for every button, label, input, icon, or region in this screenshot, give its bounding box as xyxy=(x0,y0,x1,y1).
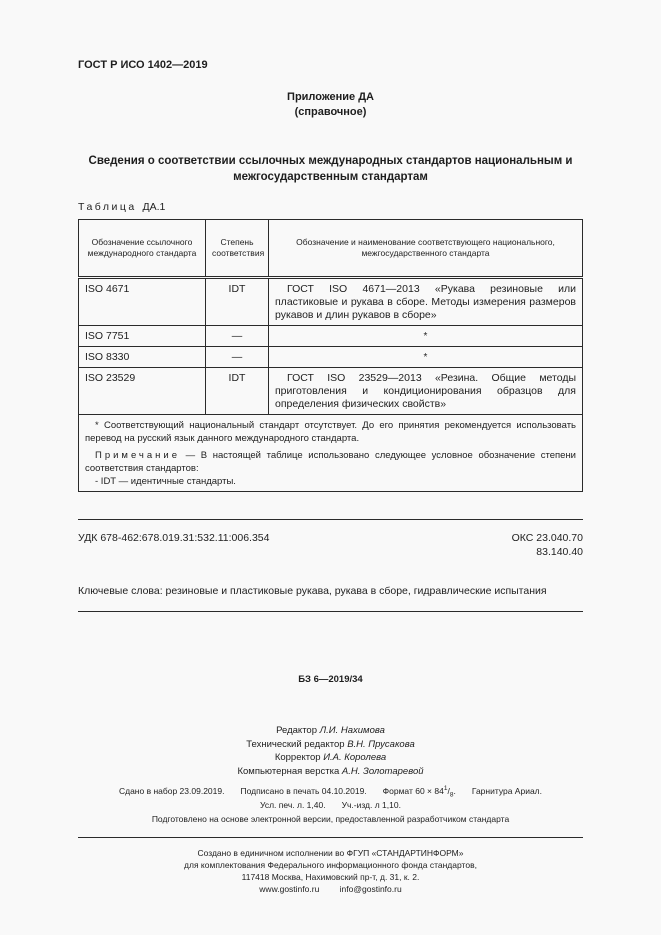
imprint-line-3: Подготовлено на основе электронной верси… xyxy=(78,813,583,825)
table-caption-word: Таблица xyxy=(78,201,137,213)
credit-line: Корректор И.А. Королева xyxy=(78,751,583,765)
appendix-subtitle: (справочное) xyxy=(78,105,583,120)
standards-correspondence-table: Обозначение ссылочного международного ст… xyxy=(78,219,583,492)
imprint-publisher-sheets: Уч.-изд. л 1,10. xyxy=(342,799,401,811)
imprint-print-date: Подписано в печать 04.10.2019. xyxy=(240,785,366,797)
column-header-degree: Степень соответствия xyxy=(206,220,269,278)
table-row: ISO 23529 IDT ГОСТ ISO 23529—2013 «Резин… xyxy=(79,368,583,415)
cell-national-standard: ГОСТ ISO 4671—2013 «Рукава резиновые или… xyxy=(269,278,583,326)
publisher-address: 117418 Москва, Нахимовский пр-т, д. 31, … xyxy=(78,871,583,883)
editorial-credits: Редактор Л.И. Нахимова Технический редак… xyxy=(78,724,583,778)
credit-role: Технический редактор xyxy=(246,739,344,750)
cell-degree: IDT xyxy=(206,368,269,415)
cell-degree: — xyxy=(206,347,269,368)
udk-code: УДК 678-462:678.019.31:532.11:006.354 xyxy=(78,531,269,559)
imprint-line-1: Сдано в набор 23.09.2019.Подписано в печ… xyxy=(78,785,583,797)
note-item-idt: - IDT — идентичные стандарты. xyxy=(85,475,576,488)
classification-codes: УДК 678-462:678.019.31:532.11:006.354 ОК… xyxy=(78,531,583,559)
cell-degree: IDT xyxy=(206,278,269,326)
credit-line: Компьютерная верстка А.Н. Золотаревой xyxy=(78,765,583,779)
publisher-line-2: для комплектования Федерального информац… xyxy=(78,859,583,871)
cell-national-standard: * xyxy=(269,347,583,368)
publisher-contacts: www.gostinfo.ru info@gostinfo.ru xyxy=(78,883,583,895)
cell-degree: — xyxy=(206,326,269,347)
publisher-block: Создано в единичном исполнении во ФГУП «… xyxy=(78,847,583,895)
cell-reference: ISO 23529 xyxy=(79,368,206,415)
credit-name: А.Н. Золотаревой xyxy=(342,766,424,777)
credit-role: Редактор xyxy=(276,725,317,736)
imprint-format: Формат 60 × 841/8. xyxy=(383,785,456,797)
table-note: Примечание — В настоящей таблице использ… xyxy=(85,449,576,475)
cell-national-standard: ГОСТ ISO 23529—2013 «Резина. Общие метод… xyxy=(269,368,583,415)
imprint-typeface: Гарнитура Ариал. xyxy=(472,785,542,797)
imprint-typeset-date: Сдано в набор 23.09.2019. xyxy=(119,785,225,797)
horizontal-rule xyxy=(78,519,583,520)
horizontal-rule xyxy=(78,837,583,838)
cell-national-standard: * xyxy=(269,326,583,347)
table-caption-number: ДА.1 xyxy=(143,201,166,213)
horizontal-rule xyxy=(78,611,583,612)
imprint-printed-sheets: Усл. печ. л. 1,40. xyxy=(260,799,326,811)
table-row: ISO 7751 — * xyxy=(79,326,583,347)
section-title: Сведения о соответствии ссылочных междун… xyxy=(78,153,583,185)
bz-issue-code: БЗ 6—2019/34 xyxy=(78,674,583,686)
credit-line: Редактор Л.И. Нахимова xyxy=(78,724,583,738)
credit-role: Корректор xyxy=(275,752,321,763)
publisher-email: info@gostinfo.ru xyxy=(340,883,402,895)
table-header-row: Обозначение ссылочного международного ст… xyxy=(79,220,583,278)
oks-codes: ОКС 23.040.70 83.140.40 xyxy=(512,531,583,559)
appendix-title: Приложение ДА xyxy=(78,90,583,105)
publisher-website: www.gostinfo.ru xyxy=(259,883,319,895)
note-label: Примечание xyxy=(95,450,180,461)
credit-name: Л.И. Нахимова xyxy=(320,725,385,736)
credit-name: В.Н. Прусакова xyxy=(347,739,415,750)
table-footnote-row: * Соответствующий национальный стандарт … xyxy=(79,415,583,492)
oks-code-line1: ОКС 23.040.70 xyxy=(512,531,583,545)
table-row: ISO 4671 IDT ГОСТ ISO 4671—2013 «Рукава … xyxy=(79,278,583,326)
column-header-national-standard: Обозначение и наименование соответствующ… xyxy=(269,220,583,278)
table-footnote: * Соответствующий национальный стандарт … xyxy=(85,419,576,445)
credit-role: Компьютерная верстка xyxy=(237,766,339,777)
credit-line: Технический редактор В.Н. Прусакова xyxy=(78,738,583,752)
table-footnote-cell: * Соответствующий национальный стандарт … xyxy=(79,415,583,492)
cell-reference: ISO 4671 xyxy=(79,278,206,326)
keywords-line: Ключевые слова: резиновые и пластиковые … xyxy=(78,584,583,598)
oks-code-line2: 83.140.40 xyxy=(512,545,583,559)
credit-name: И.А. Королева xyxy=(323,752,386,763)
document-page: ГОСТ Р ИСО 1402—2019 Приложение ДА (спра… xyxy=(0,0,661,895)
cell-reference: ISO 7751 xyxy=(79,326,206,347)
print-imprint: Сдано в набор 23.09.2019.Подписано в печ… xyxy=(78,785,583,825)
imprint-line-2: Усл. печ. л. 1,40.Уч.-изд. л 1,10. xyxy=(78,799,583,811)
appendix-heading: Приложение ДА (справочное) xyxy=(78,90,583,120)
standard-code-header: ГОСТ Р ИСО 1402—2019 xyxy=(78,58,583,72)
table-caption: Таблица ДА.1 xyxy=(78,201,583,214)
table-row: ISO 8330 — * xyxy=(79,347,583,368)
column-header-international-standard: Обозначение ссылочного международного ст… xyxy=(79,220,206,278)
publisher-line-1: Создано в единичном исполнении во ФГУП «… xyxy=(78,847,583,859)
cell-reference: ISO 8330 xyxy=(79,347,206,368)
